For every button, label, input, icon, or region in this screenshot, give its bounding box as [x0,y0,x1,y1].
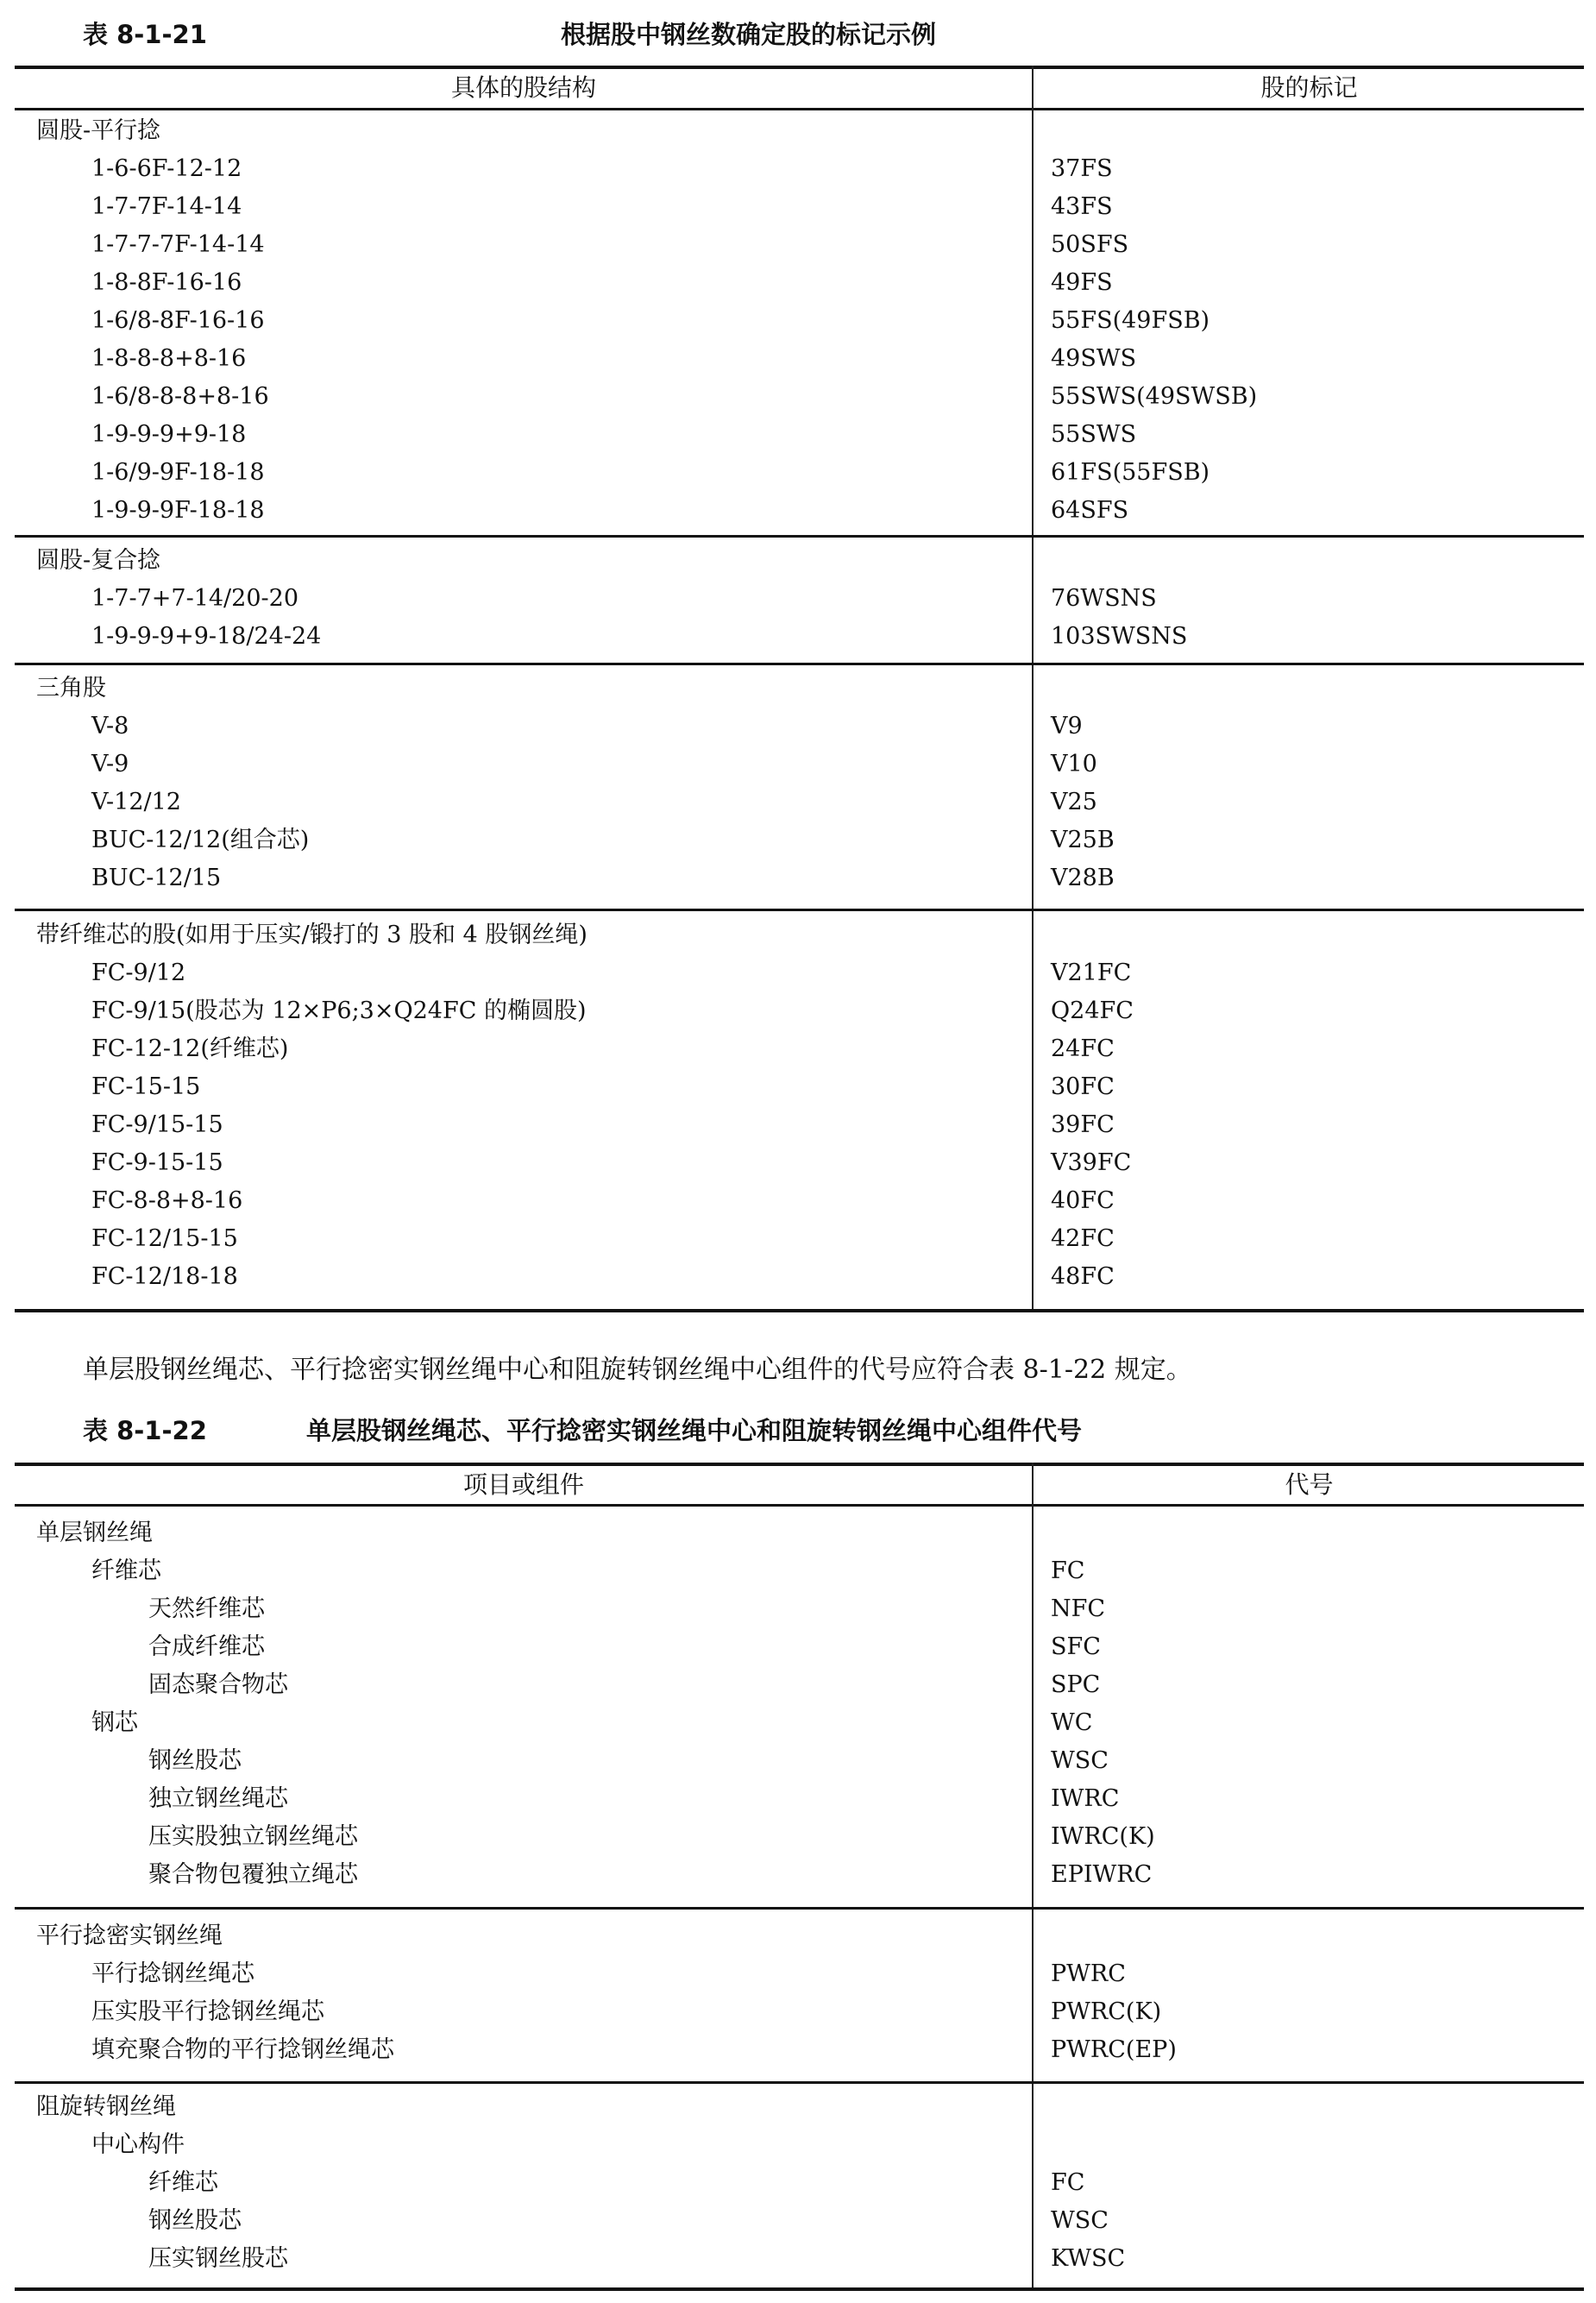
section-label: 阻旋转钢丝绳 [36,2088,176,2126]
table-row-mark: 103SWSNS [1051,618,1187,656]
table-row-structure: 1-6/9-9F-18-18 [91,454,265,492]
table-row-structure: 1-9-9-9+9-18 [91,416,246,454]
table-row-structure: FC-9/15(股芯为 12×P6;3×Q24FC 的椭圆股) [91,992,587,1030]
table-row-structure: 1-9-9-9F-18-18 [91,492,265,530]
table-row-code: WC [1051,1704,1092,1742]
table-row-mark: 42FC [1051,1220,1115,1258]
table-row-code: WSC [1051,2202,1109,2240]
table-row-item: 纤维芯 [148,2164,218,2202]
table-row-item: 聚合物包覆独立绳芯 [148,1856,358,1894]
table-row-item: 独立钢丝绳芯 [148,1780,288,1818]
table-row-mark: 37FS [1051,150,1113,188]
table1-header-rule [15,108,1584,110]
table-row-structure: FC-12-12(纤维芯) [91,1030,288,1068]
table1-header-structure: 具体的股结构 [15,69,1033,104]
table-row-code: PWRC(K) [1051,1993,1161,2031]
table-row-code: PWRC(EP) [1051,2031,1177,2069]
table-row-mark: 30FC [1051,1068,1115,1106]
table-row-mark: 76WSNS [1051,580,1157,618]
table-row-structure: V-12/12 [91,783,181,821]
section-label: 单层钢丝绳 [36,1514,153,1552]
table1-bottom-rule [15,1309,1584,1312]
table1-header-mark: 股的标记 [1034,69,1584,104]
table-row-structure: 1-9-9-9+9-18/24-24 [91,618,321,656]
table2-header-code: 代号 [1034,1466,1584,1501]
table-row-mark: 64SFS [1051,492,1128,530]
table-row-code: SFC [1051,1628,1101,1666]
table-row-structure: FC-8-8+8-16 [91,1182,242,1220]
table-row-structure: 1-7-7F-14-14 [91,188,242,226]
section-label: 平行捻密实钢丝绳 [36,1917,223,1955]
table1-title: 根据股中钢丝数确定股的标记示例 [561,16,936,51]
table-row-mark: V25B [1051,821,1115,859]
table-row-structure: 1-8-8-8+8-16 [91,340,246,378]
table-row-mark: 40FC [1051,1182,1115,1220]
table-row-mark: Q24FC [1051,992,1134,1030]
table-row-mark: V9 [1051,708,1083,746]
table-row-item: 压实股平行捻钢丝绳芯 [91,1993,324,2031]
table-row-code: IWRC(K) [1051,1818,1155,1856]
table-row-code: KWSC [1051,2240,1125,2278]
table-row-mark: 50SFS [1051,226,1128,264]
table-row-mark: V10 [1051,746,1097,783]
table-row-mark: 43FS [1051,188,1113,226]
table-row-mark: V25 [1051,783,1097,821]
section-divider [15,909,1584,911]
table2-header-rule [15,1504,1584,1507]
table-row-mark: 48FC [1051,1258,1115,1296]
table-row-structure: BUC-12/12(组合芯) [91,821,309,859]
table-row-structure: 1-7-7+7-14/20-20 [91,580,298,618]
table2-column-divider [1032,1463,1034,2289]
section-divider [15,663,1584,665]
table-row-mark: 55SWS(49SWSB) [1051,378,1257,416]
table-row-code: NFC [1051,1590,1105,1628]
table-row-mark: 55FS(49FSB) [1051,302,1210,340]
table-row-item: 压实股独立钢丝绳芯 [148,1818,358,1856]
section-divider [15,2081,1584,2084]
table-row-structure: V-9 [91,746,129,783]
table-row-mark: V39FC [1051,1144,1131,1182]
table-row-item: 钢丝股芯 [148,2202,242,2240]
table-row-mark: 24FC [1051,1030,1115,1068]
section-label: 圆股-平行捻 [36,112,160,150]
table-row-mark: 61FS(55FSB) [1051,454,1210,492]
table-row-code: IWRC [1051,1780,1119,1818]
table-row-structure: FC-9/15-15 [91,1106,223,1144]
table-row-structure: V-8 [91,708,129,746]
table-row-structure: 1-6/8-8F-16-16 [91,302,265,340]
table-row-item: 钢丝股芯 [148,1742,242,1780]
table-row-mark: V21FC [1051,954,1131,992]
table2-header-item: 项目或组件 [15,1466,1033,1501]
table-row-mark: 39FC [1051,1106,1115,1144]
table-row-item: 固态聚合物芯 [148,1666,288,1704]
table-row-item: 压实钢丝股芯 [148,2240,288,2278]
table-row-structure: FC-12/18-18 [91,1258,238,1296]
table-row-code: WSC [1051,1742,1109,1780]
table-row-mark: 49FS [1051,264,1113,302]
table1-number: 表 8-1-21 [83,16,207,51]
table-row-item: 中心构件 [91,2126,185,2164]
table-row-item: 平行捻钢丝绳芯 [91,1955,254,1993]
section-label: 圆股-复合捻 [36,542,160,580]
table-row-structure: FC-9/12 [91,954,185,992]
table-row-item: 天然纤维芯 [148,1590,265,1628]
section-label: 三角股 [36,670,106,708]
table-row-mark: V28B [1051,859,1115,897]
table1-column-divider [1032,66,1034,1312]
table-row-code: FC [1051,1552,1084,1590]
table-row-structure: 1-8-8F-16-16 [91,264,242,302]
table-row-code: SPC [1051,1666,1100,1704]
table-row-structure: 1-6-6F-12-12 [91,150,242,188]
table-row-code: EPIWRC [1051,1856,1152,1894]
table-row-item: 钢芯 [91,1704,138,1742]
body-paragraph: 单层股钢丝绳芯、平行捻密实钢丝绳中心和阻旋转钢丝绳中心组件的代号应符合表 8-1… [83,1348,1192,1386]
table-row-mark: 55SWS [1051,416,1136,454]
table2-bottom-rule [15,2287,1584,2291]
table-row-structure: FC-12/15-15 [91,1220,238,1258]
table-row-structure: FC-15-15 [91,1068,200,1106]
table2-title: 单层股钢丝绳芯、平行捻密实钢丝绳中心和阻旋转钢丝绳中心组件代号 [306,1412,1082,1447]
table-row-mark: 49SWS [1051,340,1136,378]
table-row-structure: 1-6/8-8-8+8-16 [91,378,269,416]
table-row-structure: FC-9-15-15 [91,1144,223,1182]
section-label: 带纤维芯的股(如用于压实/锻打的 3 股和 4 股钢丝绳) [36,916,588,954]
table-row-structure: BUC-12/15 [91,859,221,897]
table-row-item: 填充聚合物的平行捻钢丝绳芯 [91,2031,394,2069]
table-row-code: PWRC [1051,1955,1126,1993]
section-divider [15,1907,1584,1910]
table2-number: 表 8-1-22 [83,1412,207,1447]
table-row-item: 合成纤维芯 [148,1628,265,1666]
table-row-structure: 1-7-7-7F-14-14 [91,226,265,264]
table-row-code: FC [1051,2164,1084,2202]
table-row-item: 纤维芯 [91,1552,161,1590]
section-divider [15,535,1584,538]
